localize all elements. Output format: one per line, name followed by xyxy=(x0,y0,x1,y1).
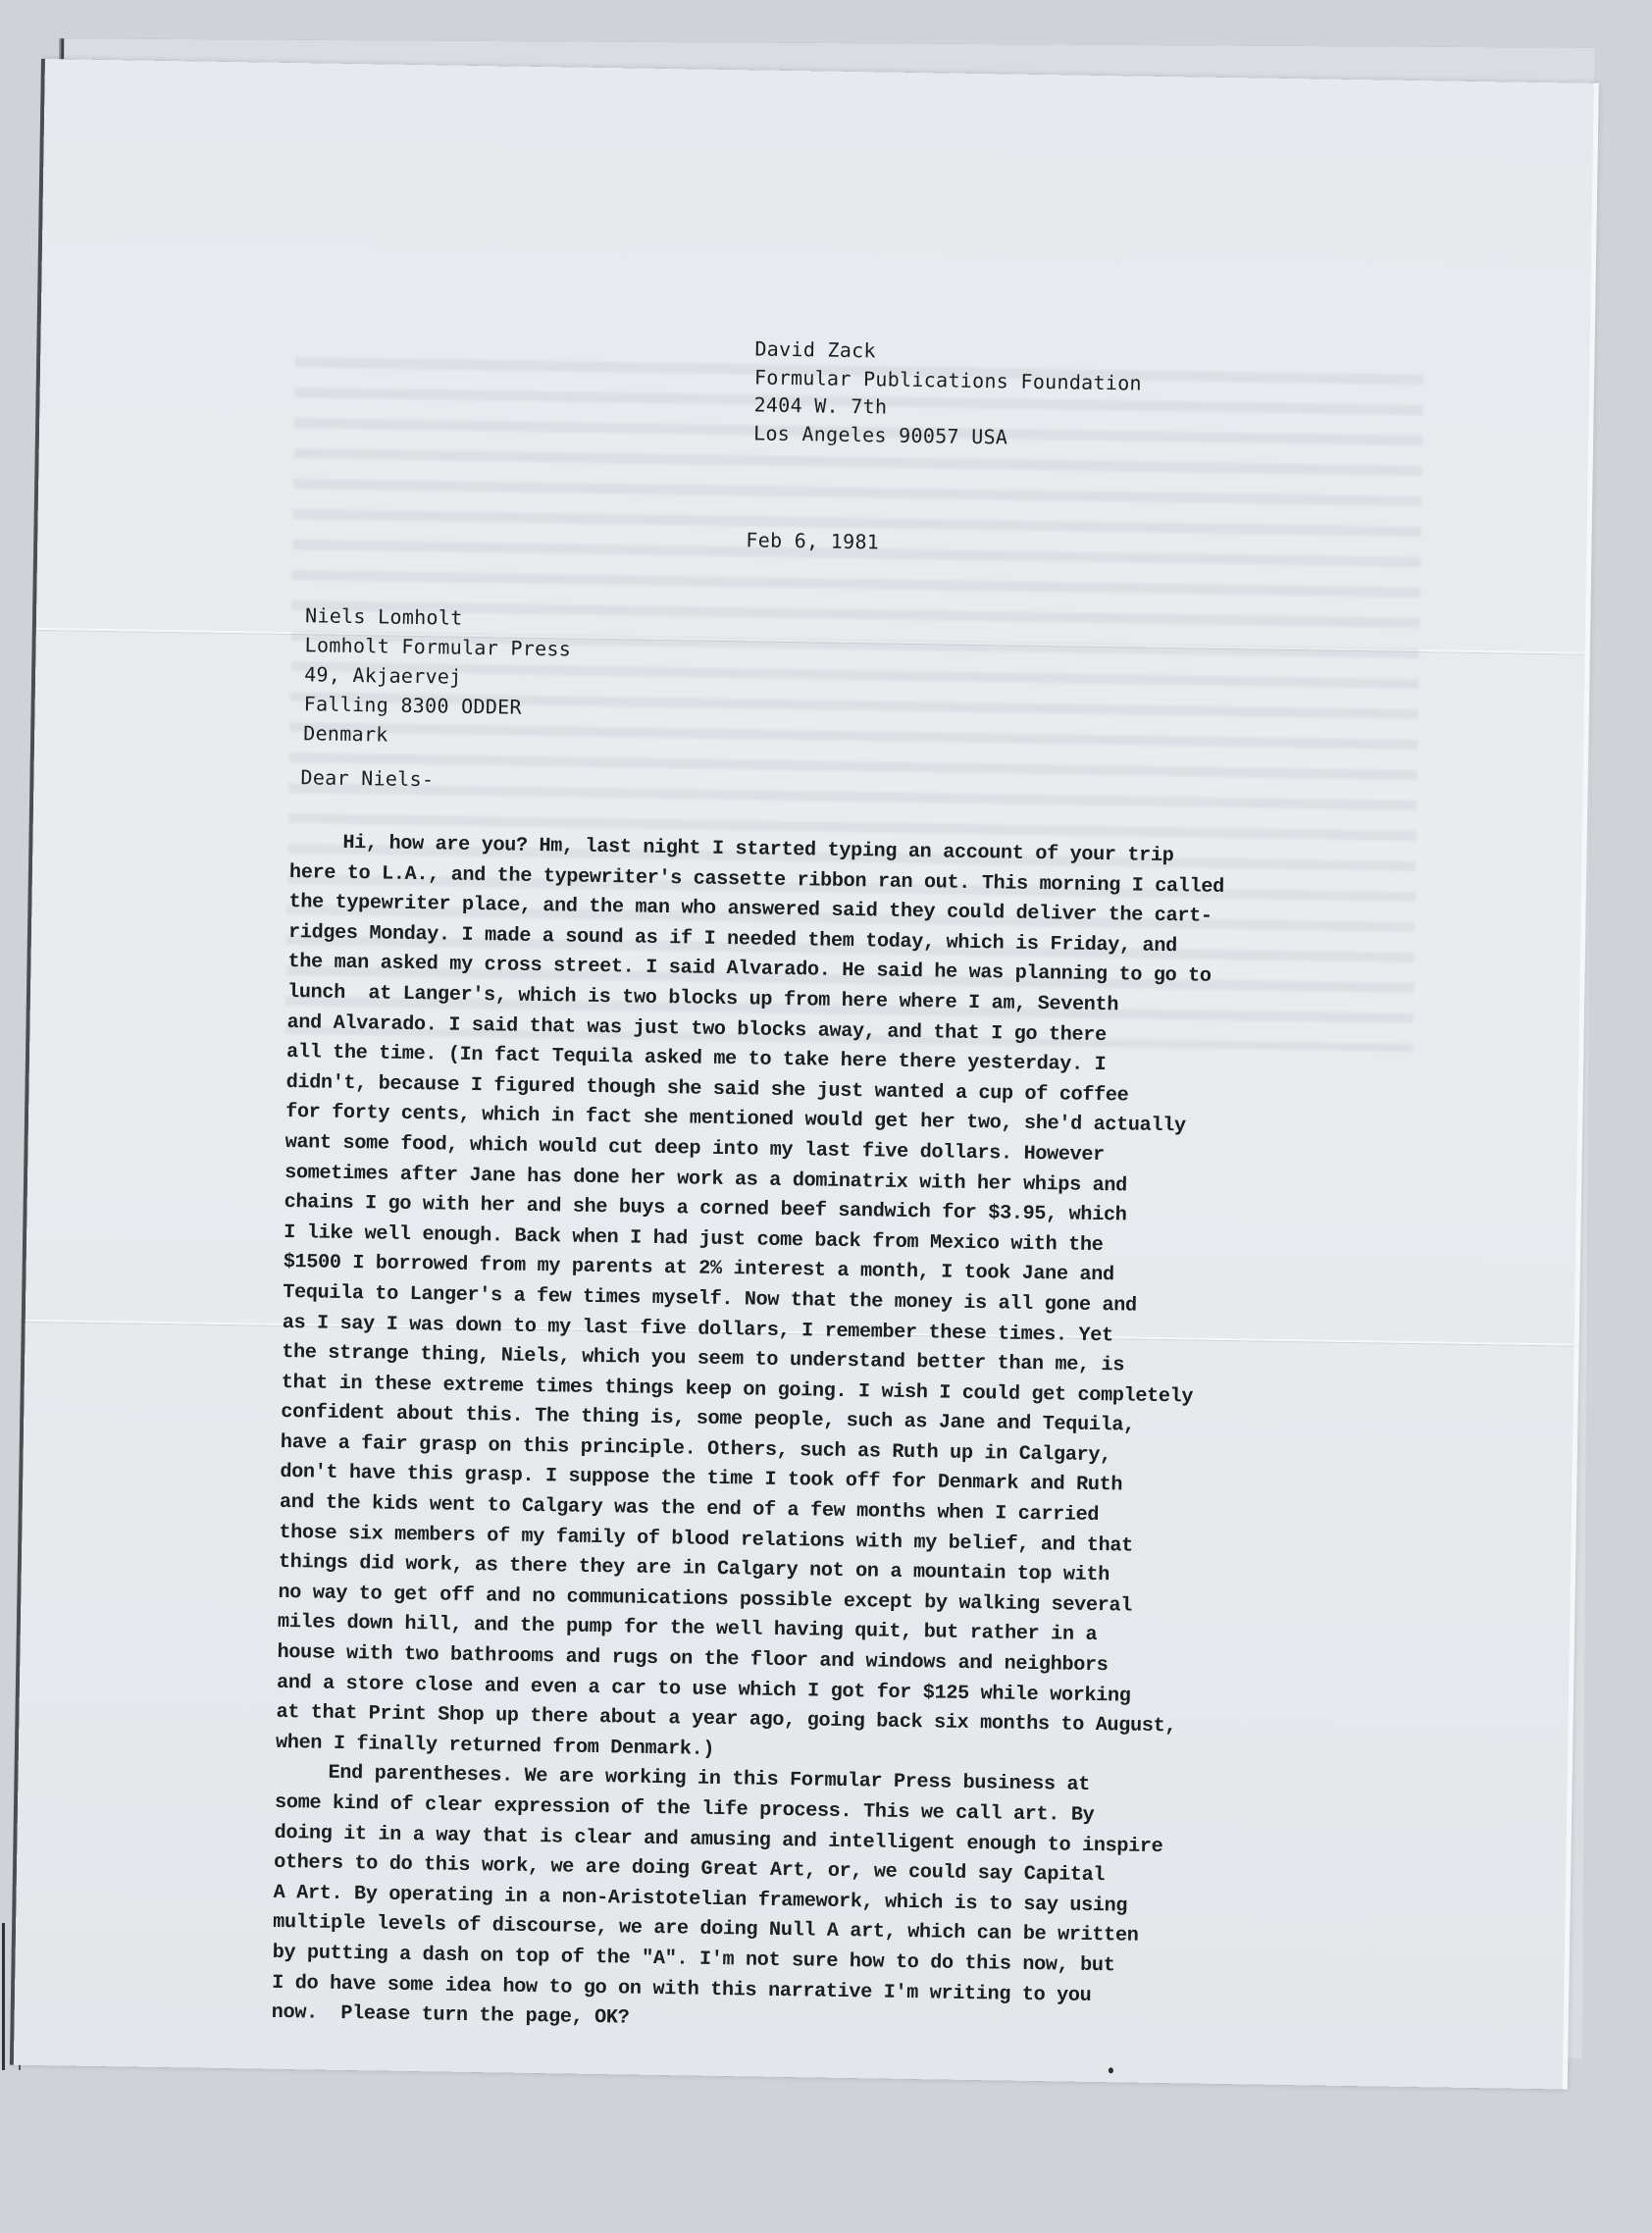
letter-date: Feb 6, 1981 xyxy=(746,526,879,556)
paragraph-1: Hi, how are you? Hm, last night I starte… xyxy=(276,828,1311,1775)
ink-speck xyxy=(1109,2067,1113,2073)
paragraph-2: End parentheses. We are working in this … xyxy=(271,1758,1295,2045)
letter-page: David Zack Formular Publications Foundat… xyxy=(14,59,1599,2090)
sender-name: David Zack xyxy=(754,337,876,362)
recipient-address-block: Niels Lomholt Lomholt Formular Press 49,… xyxy=(303,600,572,752)
recipient-name: Niels Lomholt xyxy=(305,603,463,630)
sender-organization: Formular Publications Foundation xyxy=(754,365,1142,394)
recipient-country: Denmark xyxy=(303,721,388,746)
sender-address-block: David Zack Formular Publications Foundat… xyxy=(753,335,1143,452)
letter-body: Hi, how are you? Hm, last night I starte… xyxy=(271,828,1310,2045)
sender-street: 2404 W. 7th xyxy=(753,392,887,418)
recipient-street: 49, Akjaervej xyxy=(304,662,462,689)
recipient-city: Falling 8300 ODDER xyxy=(304,692,522,718)
recipient-organization: Lomholt Formular Press xyxy=(304,633,571,660)
sender-city: Los Angeles 90057 USA xyxy=(753,421,1008,448)
salutation: Dear Niels- xyxy=(300,762,434,794)
